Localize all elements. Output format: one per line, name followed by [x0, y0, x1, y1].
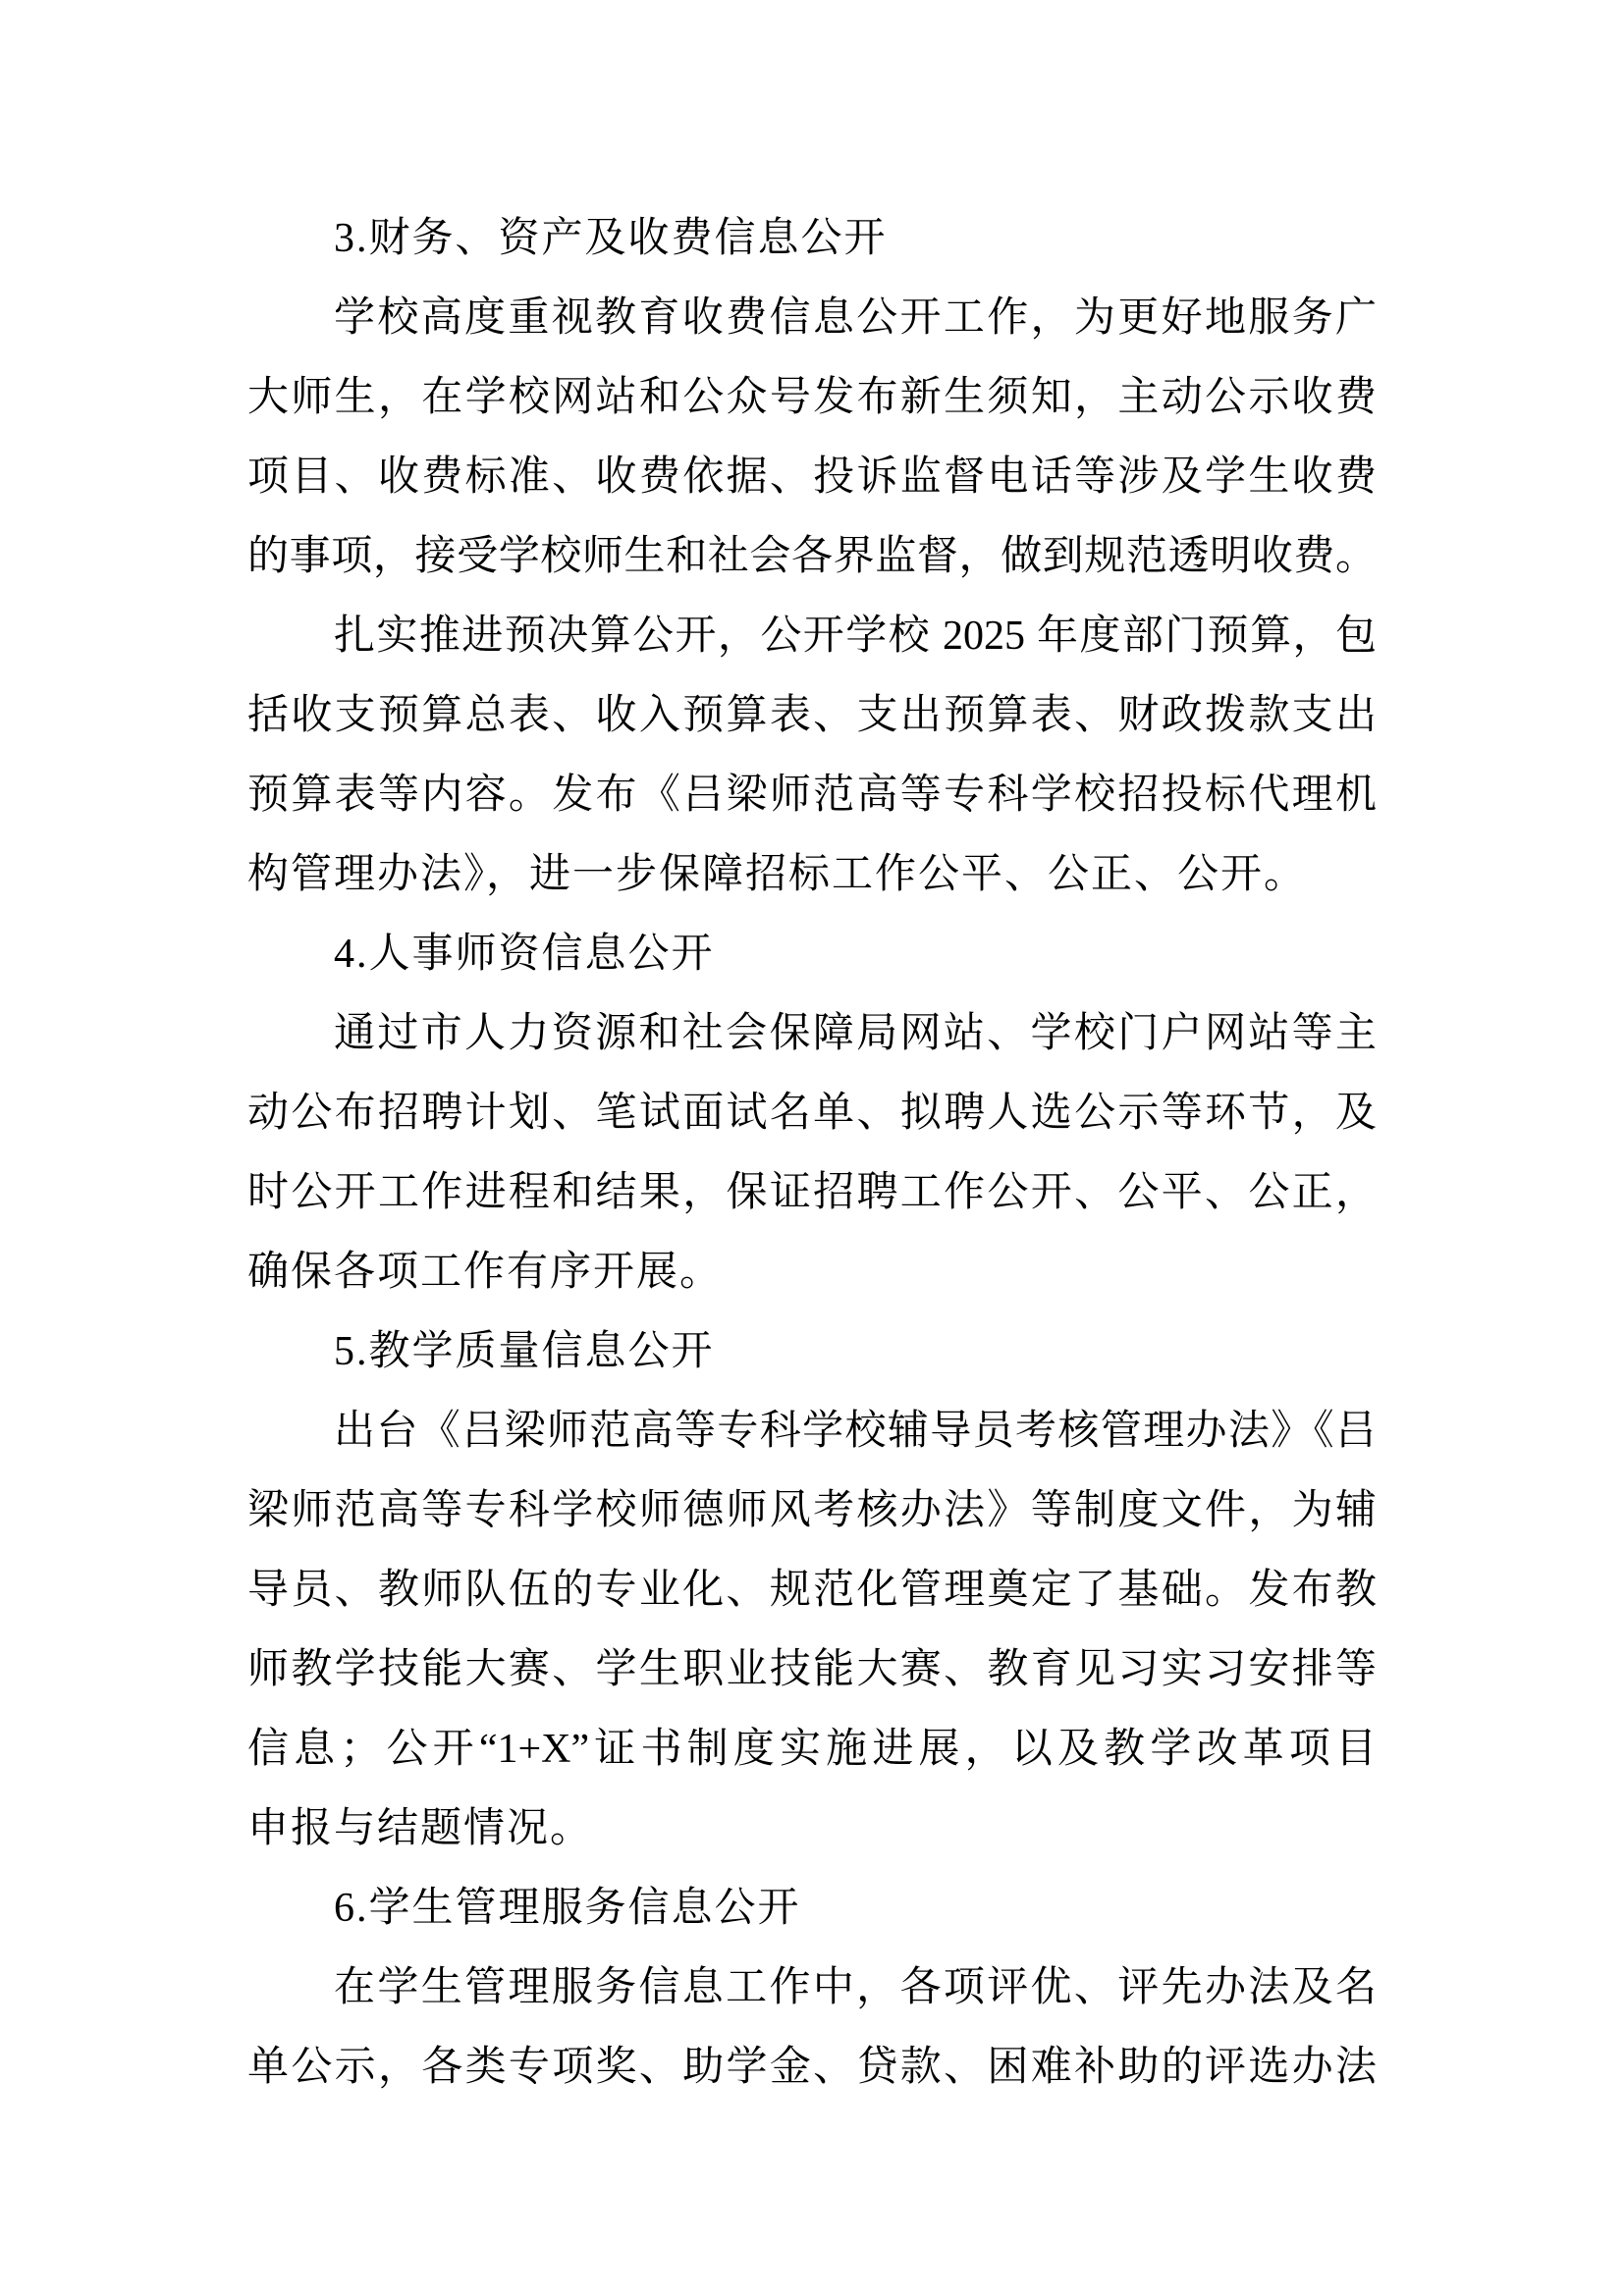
text-line: 项目、收费标准、收费依据、投诉监督电话等涉及学生收费: [247, 438, 1377, 517]
text-line: 申报与结题情况。: [247, 1789, 1377, 1869]
text-line: 构管理办法》，进一步保障招标工作公平、公正、公开。: [247, 835, 1377, 915]
section-heading: 5.教学质量信息公开: [247, 1312, 1377, 1392]
text-line: 括收支预算总表、收入预算表、支出预算表、财政拨款支出: [247, 676, 1377, 756]
text-line: 信息；公开“1+X”证书制度实施进展，以及教学改革项目: [247, 1710, 1377, 1789]
text-line: 梁师范高等专科学校师德师风考核办法》等制度文件，为辅: [247, 1471, 1377, 1551]
text-line: 动公布招聘计划、笔试面试名单、拟聘人选公示等环节，及: [247, 1074, 1377, 1153]
section-heading: 6.学生管理服务信息公开: [247, 1869, 1377, 1949]
section-heading: 4.人事师资信息公开: [247, 915, 1377, 994]
document-page: 3.财务、资产及收费信息公开学校高度重视教育收费信息公开工作，为更好地服务广大师…: [0, 0, 1624, 2296]
text-line: 出台《吕梁师范高等专科学校辅导员考核管理办法》《吕: [247, 1392, 1377, 1471]
text-line: 扎实推进预决算公开，公开学校 2025 年度部门预算，包: [247, 597, 1377, 676]
section-heading: 3.财务、资产及收费信息公开: [247, 199, 1377, 279]
text-line: 通过市人力资源和社会保障局网站、学校门户网站等主: [247, 994, 1377, 1074]
text-line: 师教学技能大赛、学生职业技能大赛、教育见习实习安排等: [247, 1630, 1377, 1710]
text-line: 单公示，各类专项奖、助学金、贷款、困难补助的评选办法: [247, 2028, 1377, 2108]
document-text-block: 3.财务、资产及收费信息公开学校高度重视教育收费信息公开工作，为更好地服务广大师…: [247, 199, 1377, 2108]
text-line: 时公开工作进程和结果，保证招聘工作公开、公平、公正，: [247, 1153, 1377, 1233]
text-line: 大师生，在学校网站和公众号发布新生须知，主动公示收费: [247, 358, 1377, 438]
text-line: 在学生管理服务信息工作中，各项评优、评先办法及名: [247, 1949, 1377, 2028]
text-line: 导员、教师队伍的专业化、规范化管理奠定了基础。发布教: [247, 1551, 1377, 1630]
text-line: 预算表等内容。发布《吕梁师范高等专科学校招投标代理机: [247, 756, 1377, 835]
text-line: 确保各项工作有序开展。: [247, 1233, 1377, 1312]
text-line: 的事项，接受学校师生和社会各界监督，做到规范透明收费。: [247, 517, 1377, 597]
text-line: 学校高度重视教育收费信息公开工作，为更好地服务广: [247, 279, 1377, 358]
